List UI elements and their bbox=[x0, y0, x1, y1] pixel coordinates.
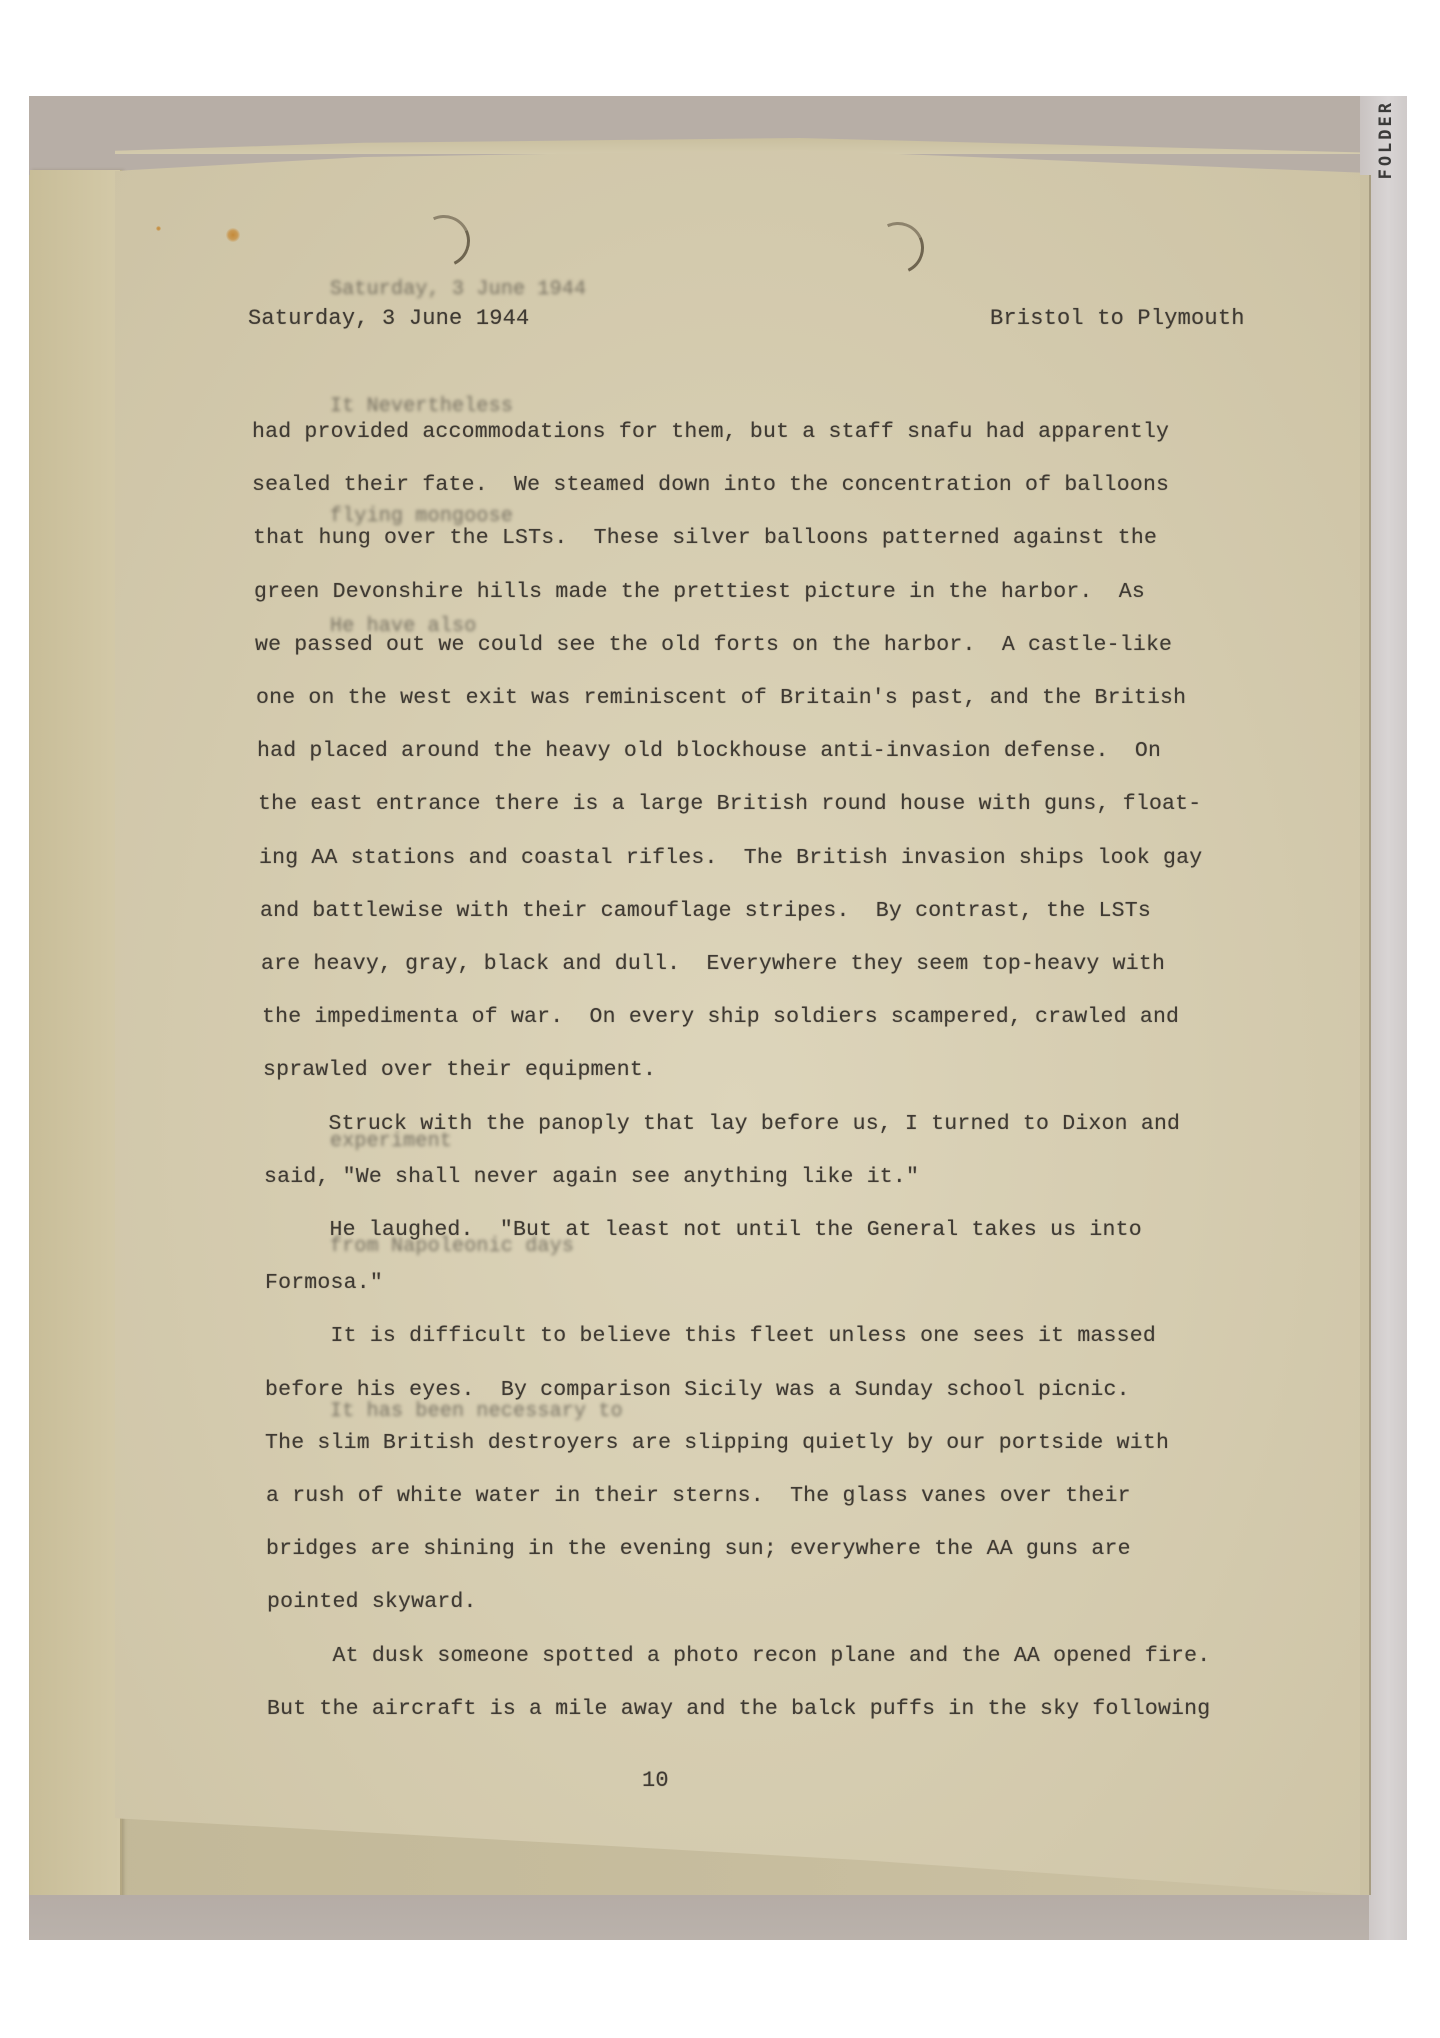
text-line: ing AA stations and coastal rifles. The … bbox=[259, 846, 1202, 870]
text-line: sealed their fate. We steamed down into … bbox=[252, 473, 1169, 497]
header-location: Bristol to Plymouth bbox=[990, 306, 1245, 331]
text-line: Struck with the panoply that lay before … bbox=[263, 1112, 1180, 1136]
text-line: that hung over the LSTs. These silver ba… bbox=[253, 526, 1157, 550]
text-line: the impedimenta of war. On every ship so… bbox=[262, 1005, 1179, 1029]
text-line: At dusk someone spotted a photo recon pl… bbox=[267, 1644, 1210, 1668]
text-line: pointed skyward. bbox=[267, 1590, 477, 1614]
text-line: one on the west exit was reminiscent of … bbox=[256, 686, 1186, 710]
text-line: the east entrance there is a large Briti… bbox=[258, 792, 1201, 816]
header-date: Saturday, 3 June 1944 bbox=[248, 306, 529, 331]
text-line: He laughed. "But at least not until the … bbox=[264, 1218, 1142, 1242]
bottom-shadow bbox=[29, 1895, 1369, 1940]
text-line: a rush of white water in their sterns. T… bbox=[266, 1484, 1131, 1508]
text-line: are heavy, gray, black and dull. Everywh… bbox=[261, 952, 1165, 976]
text-line: It is difficult to believe this fleet un… bbox=[265, 1324, 1156, 1348]
page-number: 10 bbox=[642, 1768, 669, 1793]
text-line: The slim British destroyers are slipping… bbox=[265, 1431, 1169, 1455]
text-line: Formosa." bbox=[265, 1271, 383, 1295]
document-text: Saturday, 3 June 1944 Bristol to Plymout… bbox=[0, 0, 1440, 2038]
text-line: green Devonshire hills made the pretties… bbox=[254, 580, 1145, 604]
text-line: had provided accommodations for them, bu… bbox=[252, 420, 1169, 444]
text-line: bridges are shining in the evening sun; … bbox=[266, 1537, 1131, 1561]
text-line: had placed around the heavy old blockhou… bbox=[257, 739, 1161, 763]
text-line: said, "We shall never again see anything… bbox=[264, 1165, 919, 1189]
text-line: we passed out we could see the old forts… bbox=[255, 633, 1172, 657]
text-line: sprawled over their equipment. bbox=[263, 1058, 656, 1082]
text-line: But the aircraft is a mile away and the … bbox=[267, 1697, 1210, 1721]
text-line: before his eyes. By comparison Sicily wa… bbox=[265, 1378, 1130, 1402]
text-line: and battlewise with their camouflage str… bbox=[260, 899, 1151, 923]
